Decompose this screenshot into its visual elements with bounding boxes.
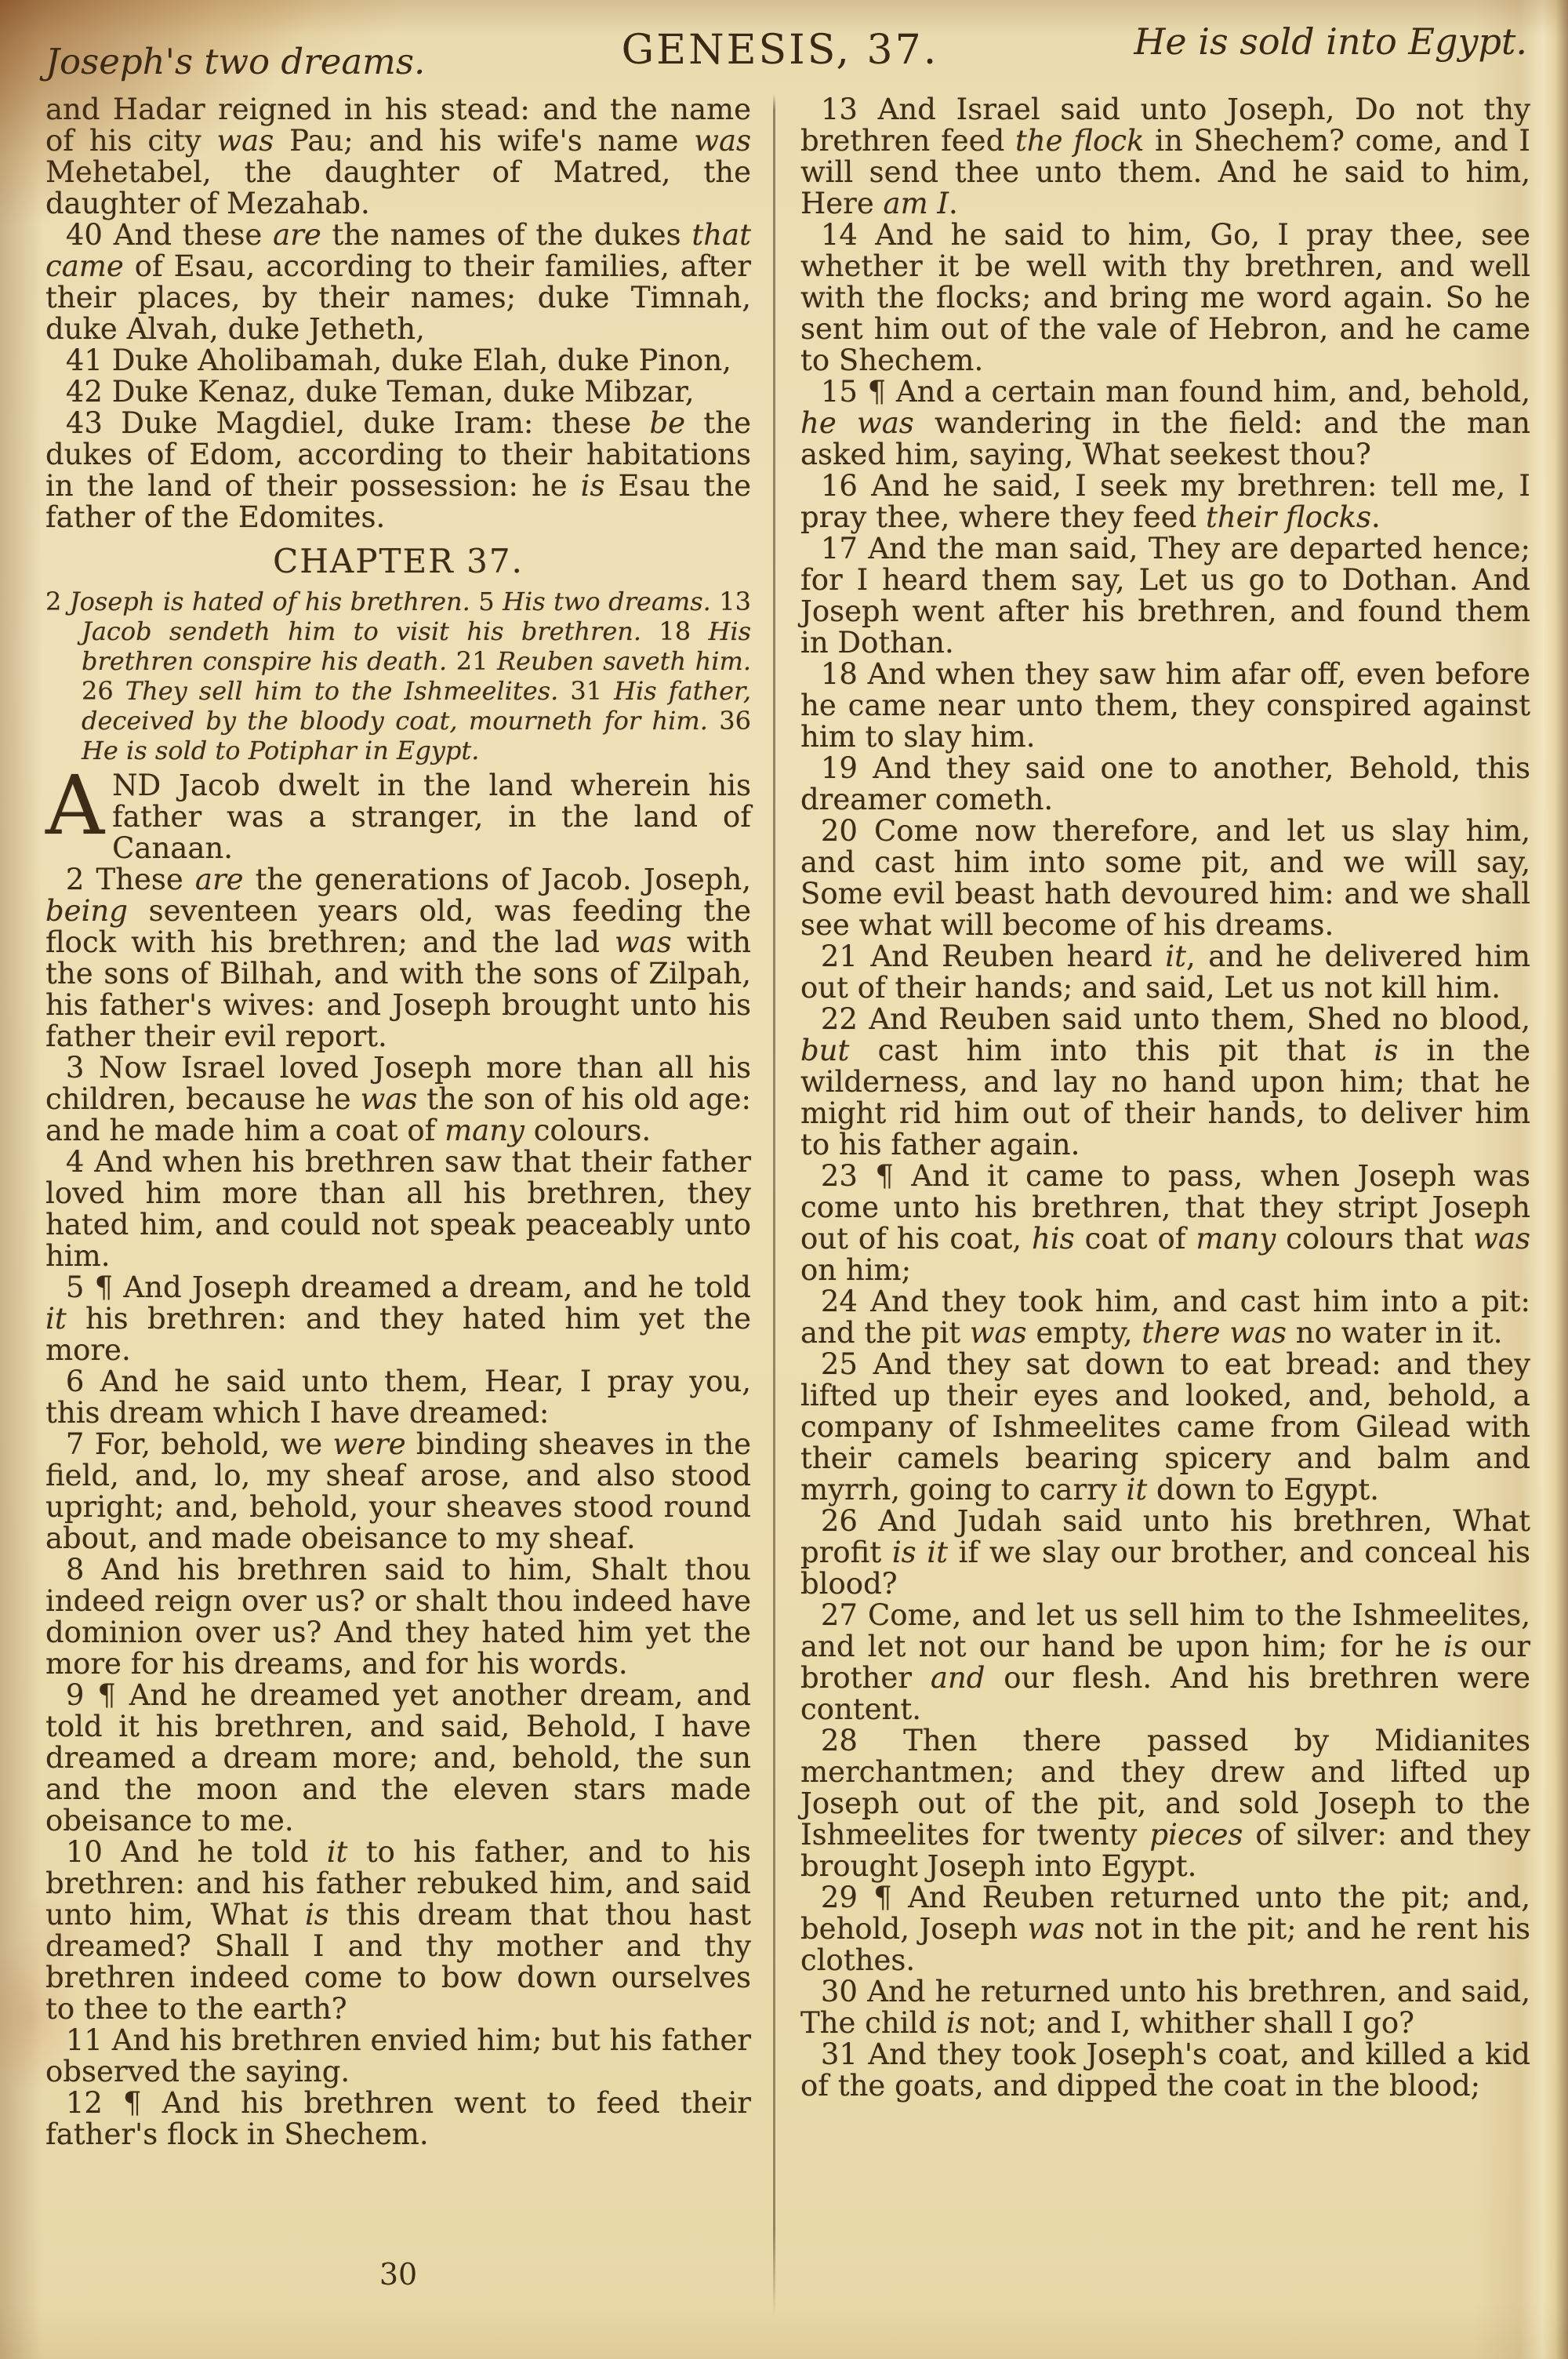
verse-paragraph: 14 And he said to him, Go, I pray thee, … <box>800 220 1530 376</box>
verse-paragraph: 3 Now Israel loved Joseph more than all … <box>45 1052 751 1147</box>
running-head-left: Joseph's two dreams. <box>45 41 425 82</box>
verse-paragraph: 7 For, behold, we were binding sheaves i… <box>45 1429 751 1554</box>
verse-paragraph: 20 Come now therefore, and let us slay h… <box>800 816 1530 941</box>
verse-paragraph: 27 Come, and let us sell him to the Ishm… <box>800 1600 1530 1725</box>
verse-paragraph: and Hadar reigned in his stead: and the … <box>45 94 751 220</box>
verse-paragraph: 6 And he said unto them, Hear, I pray yo… <box>45 1366 751 1429</box>
chapter-heading: CHAPTER 37. <box>45 546 751 577</box>
page-body: and Hadar reigned in his stead: and the … <box>45 94 1530 2317</box>
verse-paragraph: 26 And Judah said unto his brethren, Wha… <box>800 1506 1530 1600</box>
verse-paragraph: 4 And when his brethren saw that their f… <box>45 1147 751 1272</box>
verse-paragraph: 13 And Israel said unto Joseph, Do not t… <box>800 94 1530 220</box>
chapter-summary: 2 Joseph is hated of his brethren. 5 His… <box>45 587 751 765</box>
verse-paragraph: 40 And these are the names of the dukes … <box>45 220 751 345</box>
book-page: { "header": { "left": "Joseph's two drea… <box>0 0 1568 2359</box>
verse-paragraph: 21 And Reuben heard it, and he delivered… <box>800 941 1530 1004</box>
verse-paragraph: 25 And they sat down to eat bread: and t… <box>800 1349 1530 1506</box>
verse-paragraph: 42 Duke Kenaz, duke Teman, duke Mibzar, <box>45 376 751 408</box>
verse-paragraph: 2 These are the generations of Jacob. Jo… <box>45 864 751 1052</box>
column-divider <box>773 94 775 2317</box>
verse-paragraph: 10 And he told it to his father, and to … <box>45 1837 751 2025</box>
running-head-right: He is sold into Egypt. <box>1134 20 1527 63</box>
verse-paragraph: 31 And they took Joseph's coat, and kill… <box>800 2039 1530 2102</box>
left-column: and Hadar reigned in his stead: and the … <box>45 94 751 2150</box>
verse-paragraph: 15 ¶ And a certain man found him, and, b… <box>800 376 1530 471</box>
verse-paragraph: 28 Then there passed by Midianites merch… <box>800 1725 1530 1882</box>
verse-paragraph: 22 And Reuben said unto them, Shed no bl… <box>800 1004 1530 1161</box>
verse-paragraph: 8 And his brethren said to him, Shalt th… <box>45 1554 751 1680</box>
running-head: Joseph's two dreams. GENESIS, 37. He is … <box>45 20 1527 96</box>
running-head-center: GENESIS, 37. <box>622 27 939 74</box>
verse-paragraph: 5 ¶ And Joseph dreamed a dream, and he t… <box>45 1272 751 1366</box>
verse-paragraph: 29 ¶ And Reuben returned unto the pit; a… <box>800 1882 1530 1976</box>
drop-cap: A <box>45 770 112 836</box>
verse-paragraph: 30 And he returned unto his brethren, an… <box>800 1976 1530 2039</box>
verse-paragraph: 18 And when they saw him afar off, even … <box>800 659 1530 753</box>
verse-paragraph: 11 And his brethren envied him; but his … <box>45 2025 751 2088</box>
verse-paragraph: 24 And they took him, and cast him into … <box>800 1286 1530 1349</box>
verse-paragraph: 12 ¶ And his brethren went to feed their… <box>45 2088 751 2150</box>
right-column: 13 And Israel said unto Joseph, Do not t… <box>800 94 1530 2102</box>
verse-paragraph: 23 ¶ And it came to pass, when Joseph wa… <box>800 1161 1530 1286</box>
verse-paragraph: AND Jacob dwelt in the land wherein his … <box>45 770 751 864</box>
verse-paragraph: 43 Duke Magdiel, duke Iram: these be the… <box>45 408 751 533</box>
verse-paragraph: 41 Duke Aholibamah, duke Elah, duke Pino… <box>45 345 751 376</box>
verse-paragraph: 16 And he said, I seek my brethren: tell… <box>800 471 1530 533</box>
verse-paragraph: 9 ¶ And he dreamed yet another dream, an… <box>45 1680 751 1837</box>
page-number: 30 <box>45 2257 751 2292</box>
verse-paragraph: 19 And they said one to another, Behold,… <box>800 753 1530 816</box>
verse-paragraph: 17 And the man said, They are departed h… <box>800 533 1530 659</box>
